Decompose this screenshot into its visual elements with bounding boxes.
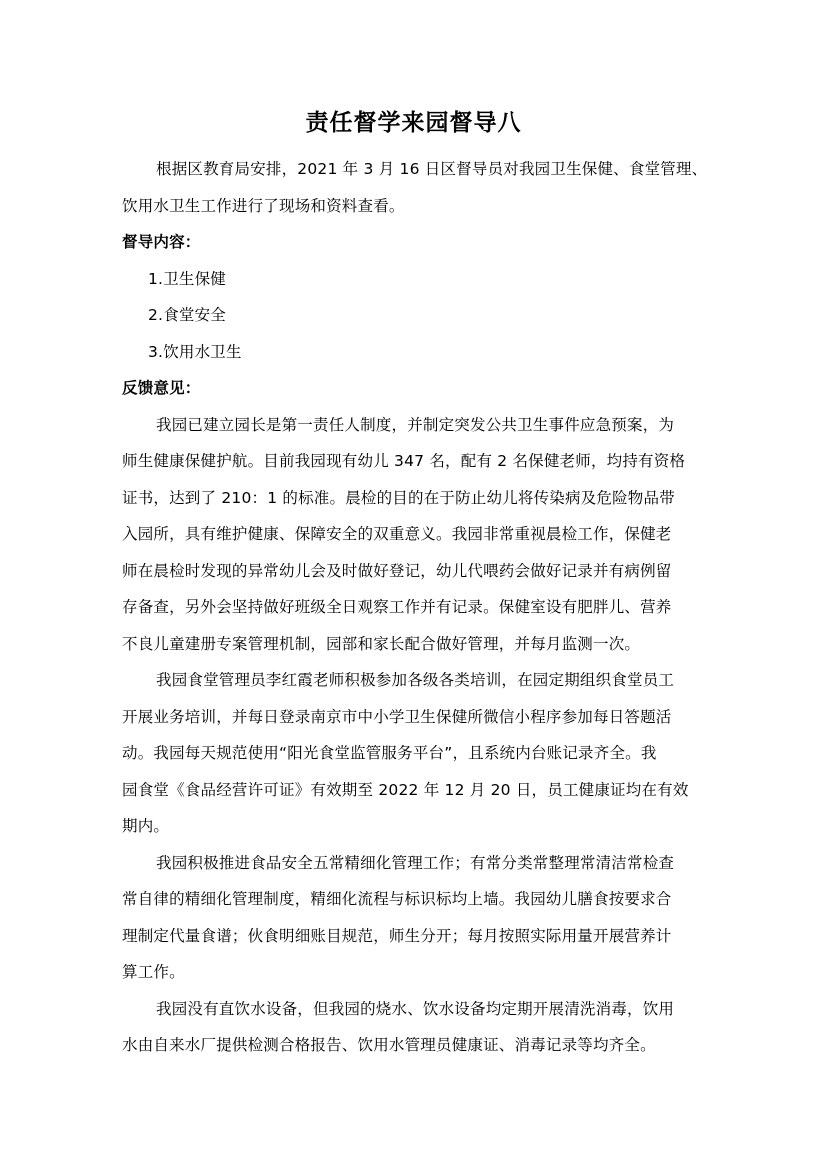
feedback-paragraph-food-safety: 我园积极推进食品安全五常精细化管理工作；有常分类常整理常清洁常检查 常自律的精细… [122,845,712,991]
paragraph-line: 师在晨检时发现的异常幼儿会及时做好登记，幼儿代喂药会做好记录并有病例留 [122,553,712,590]
paragraph-line: 我园食堂管理员李红霞老师积极参加各级各类培训，在园定期组织食堂员工 [122,662,712,699]
section-heading: 反馈意见： [122,370,712,407]
document-page: 责任督学来园督导八 根据区教育局安排，2021 年 3 月 16 日区督导员对我… [0,0,827,1170]
document-body: 根据区教育局安排，2021 年 3 月 16 日区督导员对我园卫生保健、食堂管理… [122,151,712,1064]
feedback-paragraph-canteen: 我园食堂管理员李红霞老师积极参加各级各类培训，在园定期组织食堂员工 开展业务培训… [122,662,712,845]
paragraph-line: 园食堂《食品经营许可证》有效期至 2022 年 12 月 20 日，员工健康证均… [122,772,712,809]
feedback-paragraph-drinking-water: 我园没有直饮水设备，但我园的烧水、饮水设备均定期开展清洗消毒，饮用 水由自来水厂… [122,991,712,1064]
paragraph-line: 算工作。 [122,954,712,991]
paragraph-line: 我园积极推进食品安全五常精细化管理工作；有常分类常整理常清洁常检查 [122,845,712,882]
paragraph-line: 根据区教育局安排，2021 年 3 月 16 日区督导员对我园卫生保健、食堂管理… [122,151,712,188]
list-item: 2.食堂安全 [122,297,712,334]
intro-paragraph: 根据区教育局安排，2021 年 3 月 16 日区督导员对我园卫生保健、食堂管理… [122,151,712,224]
list-item: 1.卫生保健 [122,261,712,298]
paragraph-line: 理制定代量食谱；伙食明细账目规范，师生分开；每月按照实际用量开展营养计 [122,918,712,955]
paragraph-line: 证书，达到了 210：1 的标准。晨检的目的在于防止幼儿将传染病及危险物品带 [122,480,712,517]
paragraph-line: 我园已建立园长是第一责任人制度，并制定突发公共卫生事件应急预案，为 [122,407,712,444]
paragraph-line: 饮用水卫生工作进行了现场和资料查看。 [122,188,712,225]
paragraph-line: 我园没有直饮水设备，但我园的烧水、饮水设备均定期开展清洗消毒，饮用 [122,991,712,1028]
paragraph-line: 开展业务培训，并每日登录南京市中小学卫生保健所微信小程序参加每日答题活 [122,699,712,736]
section-feedback: 反馈意见： 我园已建立园长是第一责任人制度，并制定突发公共卫生事件应急预案，为 … [122,370,712,1064]
paragraph-line: 师生健康保健护航。目前我园现有幼儿 347 名，配有 2 名保健老师，均持有资格 [122,443,712,480]
paragraph-line: 存备查，另外会坚持做好班级全日观察工作并有记录。保健室设有肥胖儿、营养 [122,589,712,626]
paragraph-line: 常自律的精细化管理制度，精细化流程与标识标均上墙。我园幼儿膳食按要求合 [122,881,712,918]
section-supervision-content: 督导内容： 1.卫生保健 2.食堂安全 3.饮用水卫生 [122,224,712,370]
paragraph-line: 不良儿童建册专案管理机制，园部和家长配合做好管理，并每月监测一次。 [122,626,712,663]
paragraph-line: 期内。 [122,808,712,845]
feedback-paragraph-health: 我园已建立园长是第一责任人制度，并制定突发公共卫生事件应急预案，为 师生健康保健… [122,407,712,663]
paragraph-line: 水由自来水厂提供检测合格报告、饮用水管理员健康证、消毒记录等均齐全。 [122,1027,712,1064]
document-title: 责任督学来园督导八 [0,108,827,138]
paragraph-line: 入园所，具有维护健康、保障安全的双重意义。我园非常重视晨检工作，保健老 [122,516,712,553]
list-item: 3.饮用水卫生 [122,334,712,371]
paragraph-line: 动。我园每天规范使用“阳光食堂监管服务平台”，且系统内台账记录齐全。我 [122,735,712,772]
section-heading: 督导内容： [122,224,712,261]
